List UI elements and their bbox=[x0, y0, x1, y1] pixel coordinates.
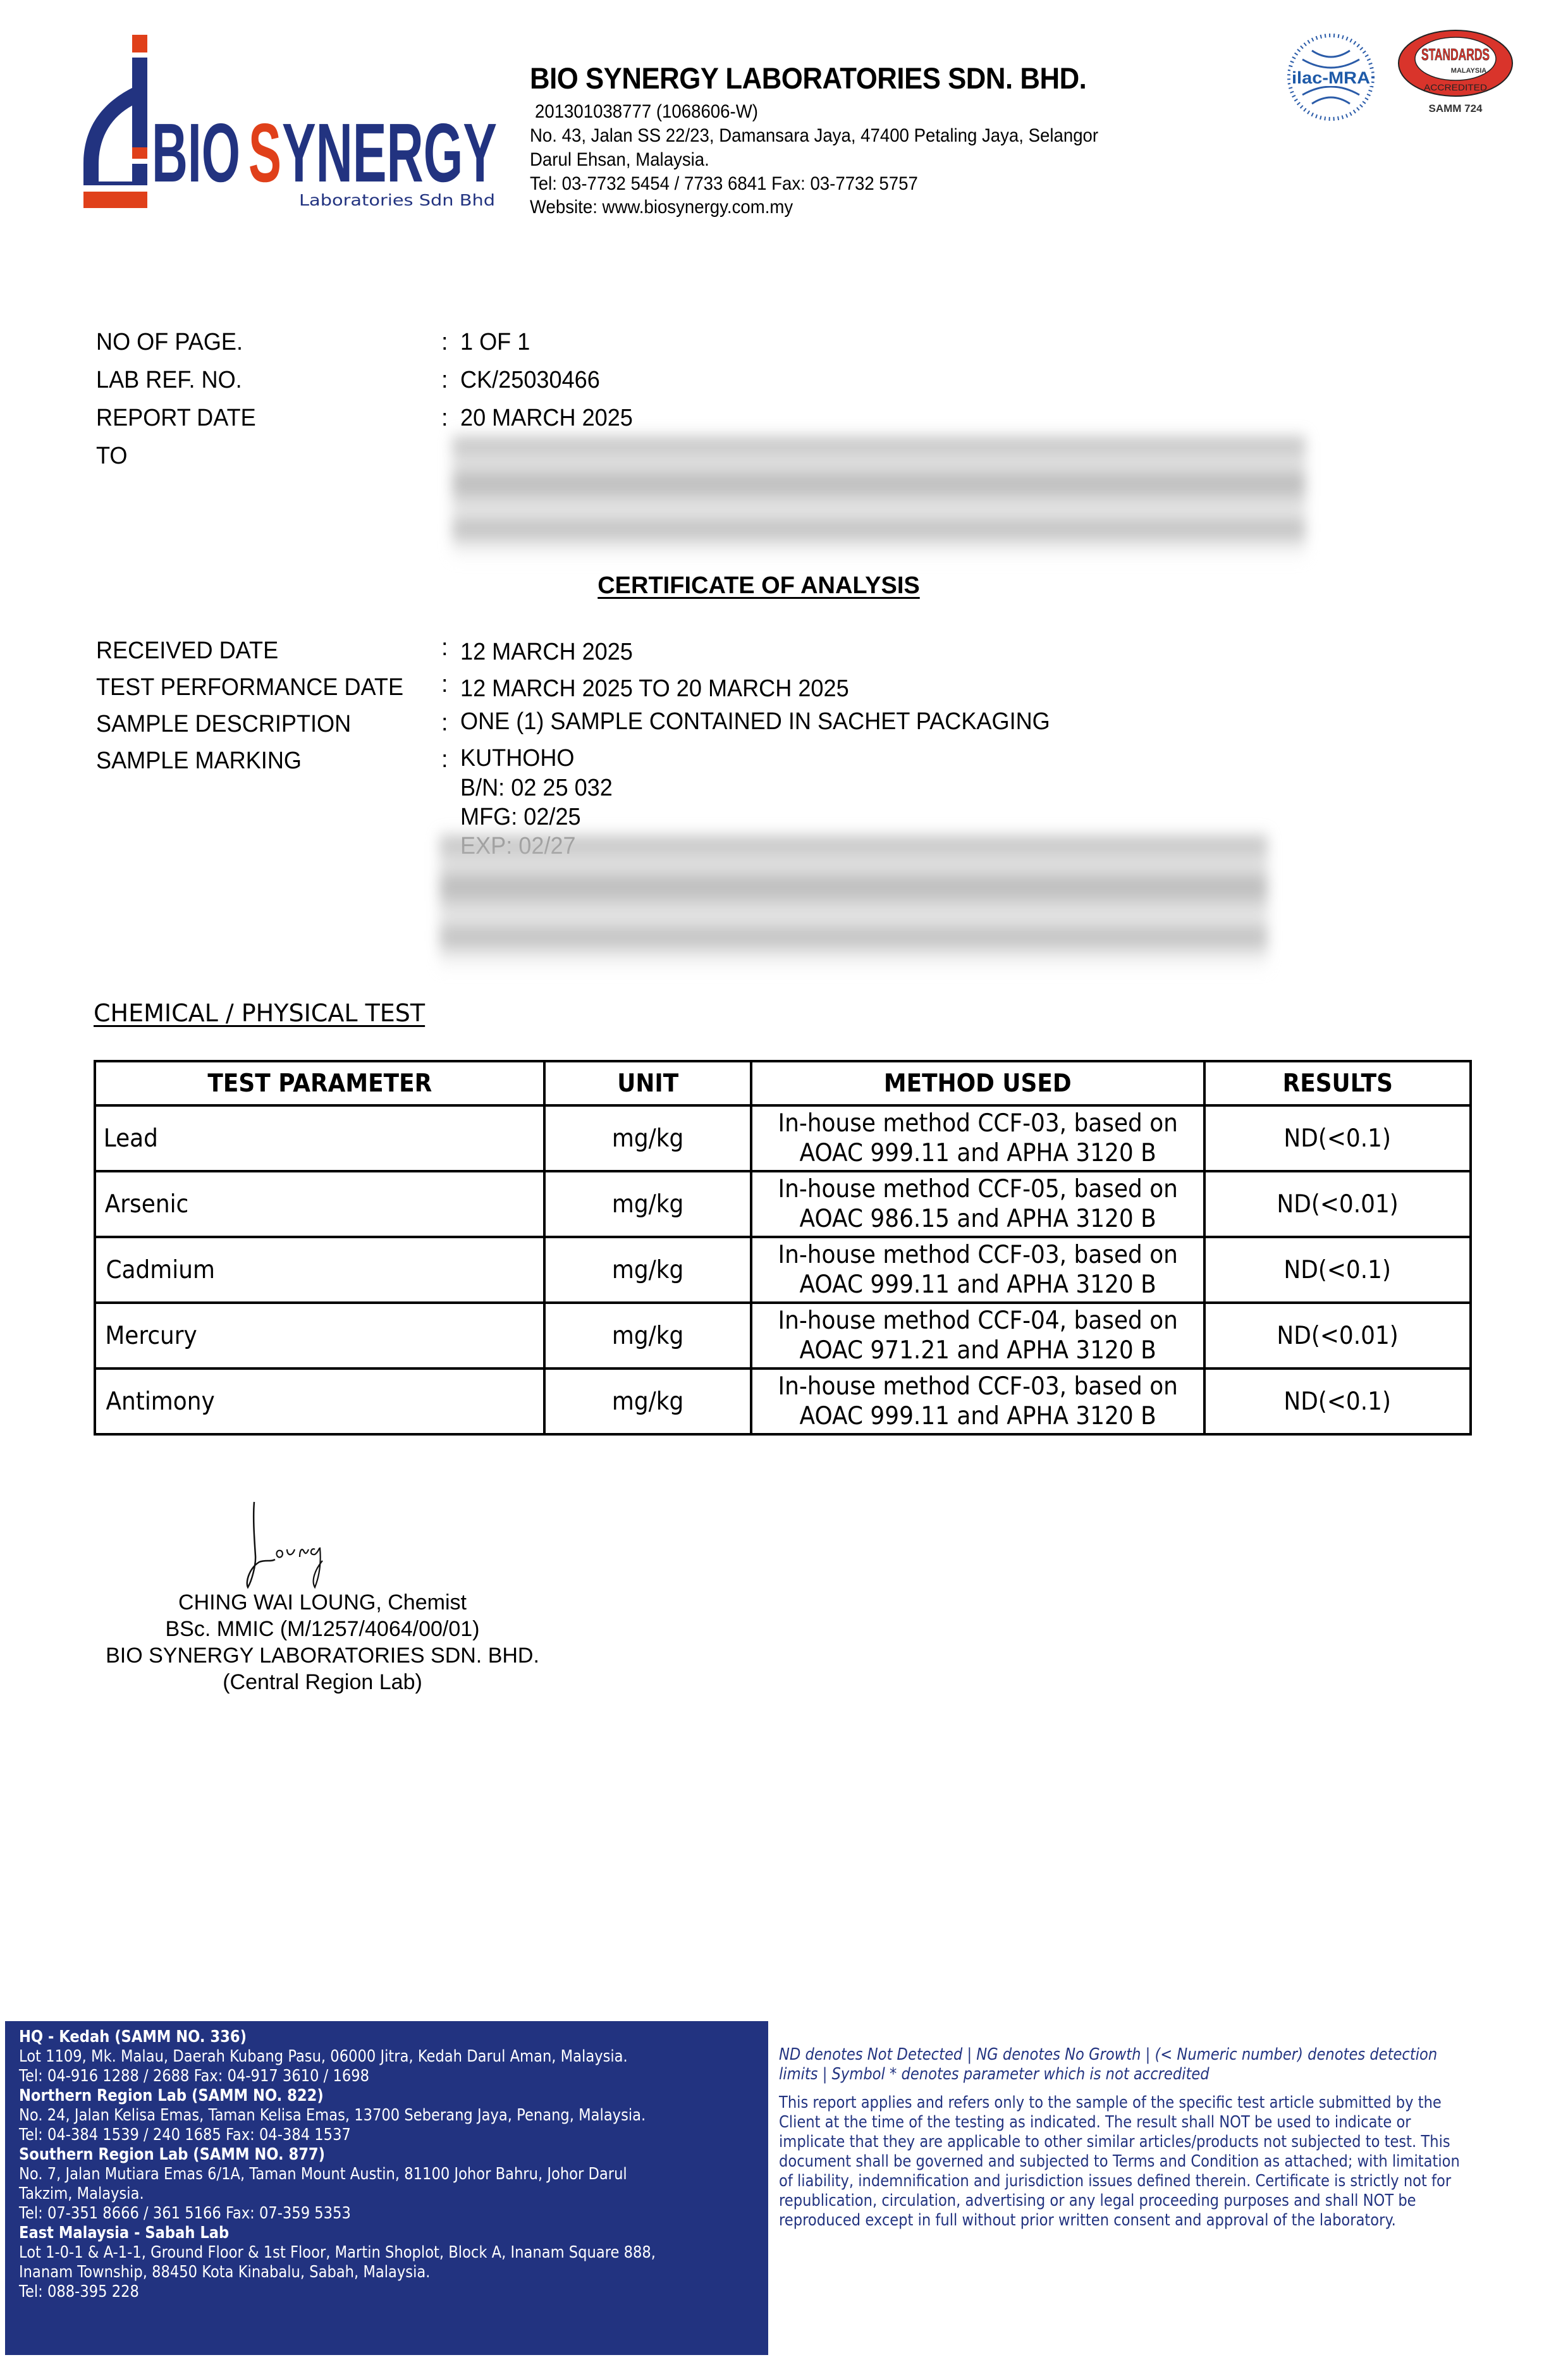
svg-text:SAMM 724: SAMM 724 bbox=[1428, 102, 1483, 114]
company-name: BIO SYNERGY LABORATORIES SDN. BHD. bbox=[530, 61, 1086, 95]
cell-result: ND(<0.01) bbox=[1204, 1171, 1471, 1237]
ilac-mra-logo-icon: ilac-MRA bbox=[1287, 33, 1375, 121]
colon: : bbox=[441, 405, 448, 432]
disclaimer-line-7: reproduced except in full without prior … bbox=[779, 2211, 1396, 2230]
colon: : bbox=[441, 329, 448, 356]
colon: : bbox=[441, 367, 448, 394]
cell-method: In-house method CCF-05, based onAOAC 986… bbox=[751, 1171, 1204, 1237]
branch-sabah-title: East Malaysia - Sabah Lab bbox=[19, 2223, 229, 2242]
legend-line-1: ND denotes Not Detected | NG denotes No … bbox=[779, 2045, 1437, 2064]
branch-southern-address-1: No. 7, Jalan Mutiara Emas 6/1A, Taman Mo… bbox=[19, 2165, 627, 2184]
test-performance-date-value: 12 MARCH 2025 TO 20 MARCH 2025 bbox=[460, 675, 849, 703]
page-count-value: 1 OF 1 bbox=[460, 329, 530, 356]
colon: : bbox=[441, 746, 448, 773]
sample-marking-value: KUTHOHO bbox=[460, 745, 575, 772]
bio-synergy-logo: BIO S YNERGY Laboratories Sdn Bhd bbox=[81, 35, 505, 212]
svg-text:ilac-MRA: ilac-MRA bbox=[1292, 68, 1370, 87]
branch-addresses-panel: HQ - Kedah (SAMM NO. 336) Lot 1109, Mk. … bbox=[5, 2021, 768, 2355]
cell-parameter: Antimony bbox=[95, 1368, 544, 1434]
section-title: CHEMICAL / PHYSICAL TEST bbox=[94, 999, 425, 1027]
certificate-title: CERTIFICATE OF ANALYSIS bbox=[0, 572, 1517, 600]
sample-marking-label: SAMPLE MARKING bbox=[96, 747, 302, 775]
received-date-value: 12 MARCH 2025 bbox=[460, 639, 633, 666]
disclaimer-line-1: This report applies and refers only to t… bbox=[779, 2093, 1442, 2112]
header-test-parameter: TEST PARAMETER bbox=[95, 1061, 544, 1105]
branch-southern-tel: Tel: 07-351 8666 / 361 5166 Fax: 07-359 … bbox=[19, 2204, 351, 2223]
results-table: TEST PARAMETER UNIT METHOD USED RESULTS … bbox=[94, 1060, 1472, 1436]
signatory-lab: (Central Region Lab) bbox=[95, 1670, 550, 1695]
cell-result: ND(<0.01) bbox=[1204, 1303, 1471, 1368]
branch-hq-title: HQ - Kedah (SAMM NO. 336) bbox=[19, 2027, 247, 2046]
branch-southern-title: Southern Region Lab (SAMM NO. 877) bbox=[19, 2145, 325, 2164]
header-results: RESULTS bbox=[1204, 1061, 1471, 1105]
colon: : bbox=[441, 710, 448, 737]
svg-text:MALAYSIA: MALAYSIA bbox=[1451, 67, 1486, 75]
company-registration: 201301038777 (1068606-W) bbox=[535, 101, 758, 123]
company-website: Website: www.biosynergy.com.my bbox=[530, 197, 793, 218]
disclaimer-line-4: document shall be governed and subjected… bbox=[779, 2152, 1460, 2171]
cell-result: ND(<0.1) bbox=[1204, 1105, 1471, 1171]
header-unit: UNIT bbox=[544, 1061, 751, 1105]
table-row: Mercury mg/kg In-house method CCF-04, ba… bbox=[95, 1303, 1471, 1368]
svg-text:BIO: BIO bbox=[152, 106, 240, 199]
header-method-used: METHOD USED bbox=[751, 1061, 1204, 1105]
recipient-label: TO bbox=[96, 443, 127, 470]
redacted-recipient bbox=[452, 430, 1306, 563]
page-count-label: NO OF PAGE. bbox=[96, 329, 243, 356]
cell-result: ND(<0.1) bbox=[1204, 1368, 1471, 1434]
branch-northern-address: No. 24, Jalan Kelisa Emas, Taman Kelisa … bbox=[19, 2106, 646, 2125]
table-row: Arsenic mg/kg In-house method CCF-05, ba… bbox=[95, 1171, 1471, 1237]
standards-malaysia-accredited-logo-icon: STANDARDS MALAYSIA ACCREDITED SAMM 724 bbox=[1394, 28, 1517, 117]
disclaimer-line-2: Client at the time of the testing as ind… bbox=[779, 2113, 1411, 2132]
table-row: Antimony mg/kg In-house method CCF-03, b… bbox=[95, 1368, 1471, 1434]
cell-parameter: Arsenic bbox=[95, 1171, 544, 1237]
report-date-value: 20 MARCH 2025 bbox=[460, 405, 633, 432]
legend-line-2: limits | Symbol * denotes parameter whic… bbox=[779, 2065, 1210, 2084]
branch-sabah-address-1: Lot 1-0-1 & A-1-1, Ground Floor & 1st Fl… bbox=[19, 2243, 656, 2262]
svg-text:ACCREDITED: ACCREDITED bbox=[1424, 82, 1487, 92]
redacted-sample-details bbox=[439, 828, 1268, 974]
cell-unit: mg/kg bbox=[544, 1105, 751, 1171]
test-performance-date-label: TEST PERFORMANCE DATE bbox=[96, 674, 403, 701]
cell-parameter: Cadmium bbox=[95, 1237, 544, 1303]
branch-northern-tel: Tel: 04-384 1539 / 240 1685 Fax: 04-384 … bbox=[19, 2125, 351, 2144]
branch-northern-title: Northern Region Lab (SAMM NO. 822) bbox=[19, 2086, 324, 2105]
table-header-row: TEST PARAMETER UNIT METHOD USED RESULTS bbox=[95, 1061, 1471, 1105]
disclaimer-line-5: of liability, indemnification and jurisd… bbox=[779, 2172, 1451, 2191]
branch-sabah-tel: Tel: 088-395 228 bbox=[19, 2282, 139, 2301]
colon: : bbox=[441, 634, 448, 661]
cell-method: In-house method CCF-03, based onAOAC 999… bbox=[751, 1237, 1204, 1303]
signatory-company: BIO SYNERGY LABORATORIES SDN. BHD. bbox=[95, 1644, 550, 1668]
branch-hq-address: Lot 1109, Mk. Malau, Daerah Kubang Pasu,… bbox=[19, 2047, 628, 2066]
company-tel-fax: Tel: 03-7732 5454 / 7733 6841 Fax: 03-77… bbox=[530, 173, 918, 195]
received-date-label: RECEIVED DATE bbox=[96, 637, 278, 665]
lab-ref-label: LAB REF. NO. bbox=[96, 367, 242, 394]
report-date-label: REPORT DATE bbox=[96, 405, 256, 432]
signatory-qualification: BSc. MMIC (M/1257/4064/00/01) bbox=[95, 1617, 550, 1642]
cell-parameter: Lead bbox=[95, 1105, 544, 1171]
sample-batch-number: B/N: 02 25 032 bbox=[460, 775, 613, 802]
cell-parameter: Mercury bbox=[95, 1303, 544, 1368]
disclaimer-line-6: republication, circulation, advertising … bbox=[779, 2191, 1416, 2210]
cell-unit: mg/kg bbox=[544, 1368, 751, 1434]
cell-method: In-house method CCF-04, based onAOAC 971… bbox=[751, 1303, 1204, 1368]
cell-unit: mg/kg bbox=[544, 1237, 751, 1303]
cell-unit: mg/kg bbox=[544, 1303, 751, 1368]
cell-method: In-house method CCF-03, based onAOAC 999… bbox=[751, 1105, 1204, 1171]
disclaimer-line-3: implicate that they are applicable to ot… bbox=[779, 2132, 1450, 2151]
cell-method: In-house method CCF-03, based onAOAC 999… bbox=[751, 1368, 1204, 1434]
sample-mfg-date: MFG: 02/25 bbox=[460, 804, 581, 831]
branch-sabah-address-2: Inanam Township, 88450 Kota Kinabalu, Sa… bbox=[19, 2263, 430, 2282]
sample-description-value: ONE (1) SAMPLE CONTAINED IN SACHET PACKA… bbox=[460, 708, 1050, 735]
cell-unit: mg/kg bbox=[544, 1171, 751, 1237]
company-address-line2: Darul Ehsan, Malaysia. bbox=[530, 149, 709, 171]
cell-result: ND(<0.1) bbox=[1204, 1237, 1471, 1303]
chemist-signature bbox=[240, 1499, 354, 1590]
svg-text:S: S bbox=[248, 106, 281, 199]
svg-text:YNERGY: YNERGY bbox=[282, 106, 497, 199]
svg-text:Laboratories Sdn Bhd: Laboratories Sdn Bhd bbox=[299, 191, 495, 209]
table-row: Cadmium mg/kg In-house method CCF-03, ba… bbox=[95, 1237, 1471, 1303]
table-row: Lead mg/kg In-house method CCF-03, based… bbox=[95, 1105, 1471, 1171]
lab-ref-value: CK/25030466 bbox=[460, 367, 600, 394]
signatory-name: CHING WAI LOUNG, Chemist bbox=[95, 1590, 550, 1615]
branch-hq-tel: Tel: 04-916 1288 / 2688 Fax: 04-917 3610… bbox=[19, 2067, 369, 2086]
svg-text:STANDARDS: STANDARDS bbox=[1421, 45, 1490, 64]
sample-description-label: SAMPLE DESCRIPTION bbox=[96, 711, 351, 738]
company-address-line1: No. 43, Jalan SS 22/23, Damansara Jaya, … bbox=[530, 125, 1098, 147]
colon: : bbox=[441, 671, 448, 698]
branch-southern-address-2: Takzim, Malaysia. bbox=[19, 2184, 144, 2203]
